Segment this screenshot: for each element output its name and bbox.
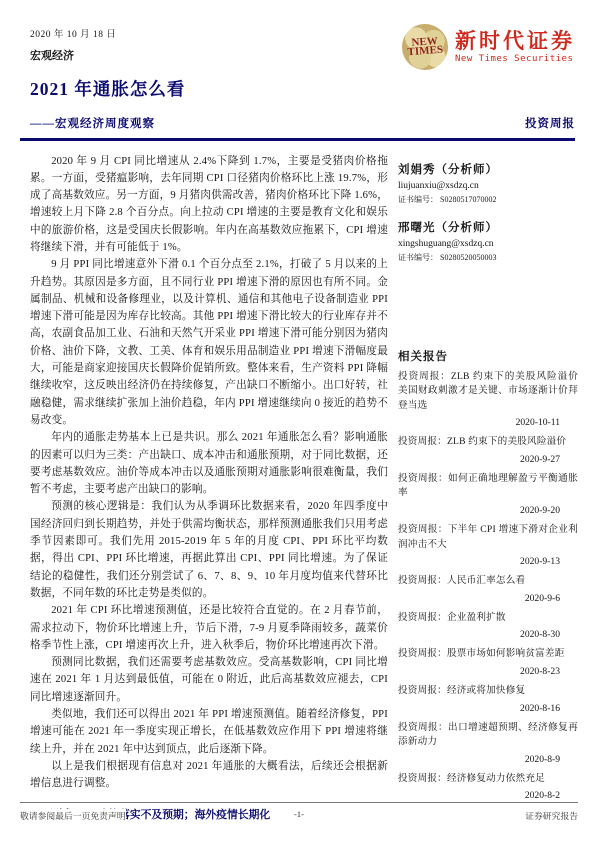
related-report-title: 投资周报：经济或将加快修复 [398, 684, 578, 699]
sidebar-column: 刘娟秀（分析师） liujuanxiu@xsdzq.cn 证书编号： S0280… [398, 153, 578, 823]
related-report-title: 投资周报：如何正确地理解盈亏平衡通胀率 [398, 472, 578, 501]
related-report-date: 2020-8-23 [398, 666, 578, 677]
analyst-block: 邢曙光（分析师） xingshuguang@xsdzq.cn 证书编号： S02… [398, 219, 578, 264]
related-report-date: 2020-9-27 [398, 454, 578, 465]
list-item: 投资周报：经济修复动力依然充足 2020-8-2 [398, 772, 578, 802]
brand-name-en: New Times Securities [455, 54, 575, 64]
related-report-title: 投资周报：股票市场如何影响贫富差距 [398, 647, 578, 662]
list-item: 投资周报：ZLB 约束下的美股风险溢价 美国财政刺激才是关键、市场逐渐计价拜登当… [398, 370, 578, 429]
related-report-date: 2020-9-20 [398, 505, 578, 516]
related-report-date: 2020-8-9 [398, 754, 578, 765]
report-header: 2020 年 10 月 18 日 宏观经济 NEW TIMES 新时代证券 Ne… [0, 0, 595, 131]
main-text-column: 2020 年 9 月 CPI 同比增速从 2.4%下降到 1.7%，主要是受猪肉… [30, 153, 388, 823]
analyst-cert-number: 证书编号： S0280520050003 [398, 251, 578, 264]
list-item: 投资周报：人民币汇率怎么看 2020-9-6 [398, 574, 578, 604]
footer-disclaimer: 敬请参阅最后一页免责声明 [20, 809, 126, 822]
page-title: 2021 年通胀怎么看 [30, 76, 575, 101]
related-report-date: 2020-9-6 [398, 593, 578, 604]
related-report-title: 投资周报：人民币汇率怎么看 [398, 574, 578, 589]
content-area: 2020 年 9 月 CPI 同比增速从 2.4%下降到 1.7%，主要是受猪肉… [0, 141, 595, 823]
analyst-cert-number: 证书编号： S0280517070002 [398, 193, 578, 206]
related-report-date: 2020-10-11 [398, 417, 578, 428]
list-item: 投资周报：股票市场如何影响贫富差距 2020-8-23 [398, 647, 578, 677]
body-paragraph: 2021 年 CPI 环比增速预测值，还是比较符合直觉的。在 2 月春节前，需求… [30, 602, 388, 654]
related-report-title: 投资周报：ZLB 约束下的美股风险溢价 美国财政刺激才是关键、市场逐渐计价拜登当… [398, 370, 578, 414]
related-report-title: 投资周报：经济修复动力依然充足 [398, 772, 578, 787]
related-reports-section: 相关报告 投资周报：ZLB 约束下的美股风险溢价 美国财政刺激才是关键、市场逐渐… [398, 348, 578, 802]
list-item: 投资周报：ZLB 约束下的美股风险溢价 2020-9-27 [398, 435, 578, 465]
analyst-email: xingshuguang@xsdzq.cn [398, 238, 578, 251]
brand-text: 新时代证券 New Times Securities [455, 30, 575, 64]
related-report-date: 2020-8-30 [398, 629, 578, 640]
brand-name-cn: 新时代证券 [455, 30, 575, 52]
analyst-email: liujuanxiu@xsdzq.cn [398, 180, 578, 193]
body-paragraph: 年内的通胀走势基本上已是共识。那么 2021 年通胀怎么看？影响通胀的因素可以归… [30, 429, 388, 498]
report-subtitle: ——宏观经济周度观察 [30, 115, 155, 131]
new-times-logo-icon: NEW TIMES [400, 22, 449, 71]
meta-block: 2020 年 10 月 18 日 宏观经济 [30, 26, 116, 63]
related-reports-heading: 相关报告 [398, 348, 578, 364]
brand-block: NEW TIMES 新时代证券 New Times Securities [402, 24, 575, 70]
body-paragraph: 以上是我们根据现有信息对 2021 年通胀的大概看法，后续还会根据新增信息进行调… [30, 758, 388, 793]
list-item: 投资周报：经济或将加快修复 2020-8-16 [398, 684, 578, 714]
logo-text-line2: TIMES [407, 46, 443, 57]
related-report-date: 2020-8-16 [398, 703, 578, 714]
related-report-title: 投资周报：出口增速超预期、经济修复再添新动力 [398, 721, 578, 750]
body-paragraph: 预测同比数据，我们还需要考虑基数效应。受高基数影响，CPI 同比增速在 2021… [30, 654, 388, 706]
list-item: 投资周报：出口增速超预期、经济修复再添新动力 2020-8-9 [398, 721, 578, 765]
list-item: 投资周报：下半年 CPI 增速下滑对企业利润冲击不大 2020-9-13 [398, 523, 578, 567]
body-paragraph: 类似地，我们还可以得出 2021 年 PPI 增速预测值。随着经济修复，PPI … [30, 706, 388, 758]
analyst-name: 邢曙光（分析师） [398, 219, 578, 235]
related-report-title: 投资周报：ZLB 约束下的美股风险溢价 [398, 435, 578, 450]
footer-report-label: 证券研究报告 [525, 809, 578, 822]
analyst-name: 刘娟秀（分析师） [398, 161, 578, 177]
report-type-label: 投资周报 [525, 115, 575, 131]
report-date: 2020 年 10 月 18 日 [30, 26, 116, 40]
page-footer: 敬请参阅最后一页免责声明 -1- 证券研究报告 [20, 802, 578, 822]
related-report-title: 投资周报：下半年 CPI 增速下滑对企业利润冲击不大 [398, 523, 578, 552]
related-report-title: 投资周报：企业盈利扩散 [398, 611, 578, 626]
body-paragraph: 预测的核心逻辑是：我们认为从季调环比数据来看，2020 年四季度中国经济回归到长… [30, 498, 388, 602]
list-item: 投资周报：企业盈利扩散 2020-8-30 [398, 611, 578, 641]
list-item: 投资周报：如何正确地理解盈亏平衡通胀率 2020-9-20 [398, 472, 578, 516]
analyst-block: 刘娟秀（分析师） liujuanxiu@xsdzq.cn 证书编号： S0280… [398, 161, 578, 206]
report-category: 宏观经济 [30, 47, 116, 63]
subtitle-row: ——宏观经济周度观察 投资周报 [30, 115, 575, 131]
report-page: 2020 年 10 月 18 日 宏观经济 NEW TIMES 新时代证券 Ne… [0, 0, 595, 842]
body-paragraph: 9 月 PPI 同比增速意外下滑 0.1 个百分点至 2.1%，打破了 5 月以… [30, 256, 388, 429]
header-top-row: 2020 年 10 月 18 日 宏观经济 NEW TIMES 新时代证券 Ne… [30, 26, 575, 70]
related-report-date: 2020-8-2 [398, 790, 578, 801]
related-report-date: 2020-9-13 [398, 556, 578, 567]
body-paragraph: 2020 年 9 月 CPI 同比增速从 2.4%下降到 1.7%，主要是受猪肉… [30, 153, 388, 257]
